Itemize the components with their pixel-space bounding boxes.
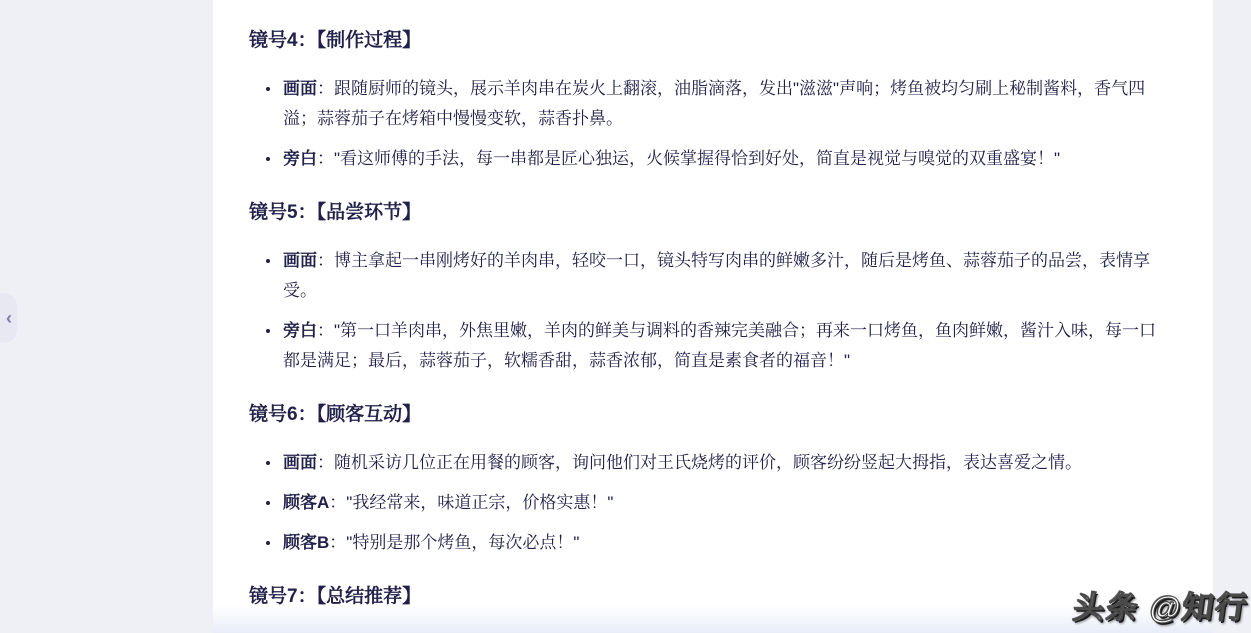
item-label: 画面 <box>283 79 317 98</box>
page: { "colors": { "page_bg": "#eef0f5", "con… <box>0 0 1251 633</box>
list-item: 顾客A："我经常来，味道正宗，价格实惠！" <box>283 488 1167 518</box>
chevron-left-icon: ‹ <box>6 309 12 327</box>
item-label: 旁白 <box>283 149 317 168</box>
item-label: 旁白 <box>283 321 317 340</box>
content-area: 镜号4：【制作过程】 画面：跟随厨师的镜头，展示羊肉串在炭火上翻滚，油脂滴落，发… <box>213 0 1213 633</box>
item-text: ："第一口羊肉串，外焦里嫩，羊肉的鲜美与调料的香辣完美融合；再来一口烤鱼，鱼肉鲜… <box>283 321 1156 370</box>
item-text: ："看这师傅的手法，每一串都是匠心独运，火候掌握得恰到好处，简直是视觉与嗅觉的双… <box>317 149 1060 168</box>
bullet-list-shot5: 画面：博主拿起一串刚烤好的羊肉串，轻咬一口，镜头特写肉串的鲜嫩多汁，随后是烤鱼、… <box>249 246 1167 376</box>
section-heading-shot6: 镜号6：【顾客互动】 <box>249 402 1167 428</box>
item-text: ：随机采访几位正在用餐的顾客，询问他们对王氏烧烤的评价，顾客纷纷竖起大拇指，表达… <box>317 453 1082 472</box>
item-label: 顾客A <box>283 493 329 512</box>
watermark: 头条 @知行 <box>1071 582 1251 627</box>
item-text: ：跟随厨师的镜头，展示羊肉串在炭火上翻滚，油脂滴落，发出"滋滋"声响；烤鱼被均匀… <box>283 79 1145 128</box>
bullet-list-shot6: 画面：随机采访几位正在用餐的顾客，询问他们对王氏烧烤的评价，顾客纷纷竖起大拇指，… <box>249 448 1167 558</box>
list-item: 画面：博主拿起一串刚烤好的羊肉串，轻咬一口，镜头特写肉串的鲜嫩多汁，随后是烤鱼、… <box>283 246 1167 306</box>
item-label: 顾客B <box>283 533 329 552</box>
item-text: ："我经常来，味道正宗，价格实惠！" <box>329 493 613 512</box>
bullet-list-shot4: 画面：跟随厨师的镜头，展示羊肉串在炭火上翻滚，油脂滴落，发出"滋滋"声响；烤鱼被… <box>249 74 1167 174</box>
section-heading-shot4: 镜号4：【制作过程】 <box>249 28 1167 54</box>
item-text: ：博主拿起一串刚烤好的羊肉串，轻咬一口，镜头特写肉串的鲜嫩多汁，随后是烤鱼、蒜蓉… <box>283 251 1150 300</box>
list-item: 画面：随机采访几位正在用餐的顾客，询问他们对王氏烧烤的评价，顾客纷纷竖起大拇指，… <box>283 448 1167 478</box>
section-heading-shot5: 镜号5：【品尝环节】 <box>249 200 1167 226</box>
item-text: ："特别是那个烤鱼，每次必点！" <box>329 533 579 552</box>
sidebar-collapse-handle[interactable]: ‹ <box>0 293 17 343</box>
section-heading-shot7: 镜号7：【总结推荐】 <box>249 584 1167 610</box>
list-item: 顾客B："特别是那个烤鱼，每次必点！" <box>283 528 1167 558</box>
item-label: 画面 <box>283 251 317 270</box>
list-item: 旁白："第一口羊肉串，外焦里嫩，羊肉的鲜美与调料的香辣完美融合；再来一口烤鱼，鱼… <box>283 316 1167 376</box>
item-label: 画面 <box>283 453 317 472</box>
list-item: 画面：跟随厨师的镜头，展示羊肉串在炭火上翻滚，油脂滴落，发出"滋滋"声响；烤鱼被… <box>283 74 1167 134</box>
list-item: 旁白："看这师傅的手法，每一串都是匠心独运，火候掌握得恰到好处，简直是视觉与嗅觉… <box>283 144 1167 174</box>
